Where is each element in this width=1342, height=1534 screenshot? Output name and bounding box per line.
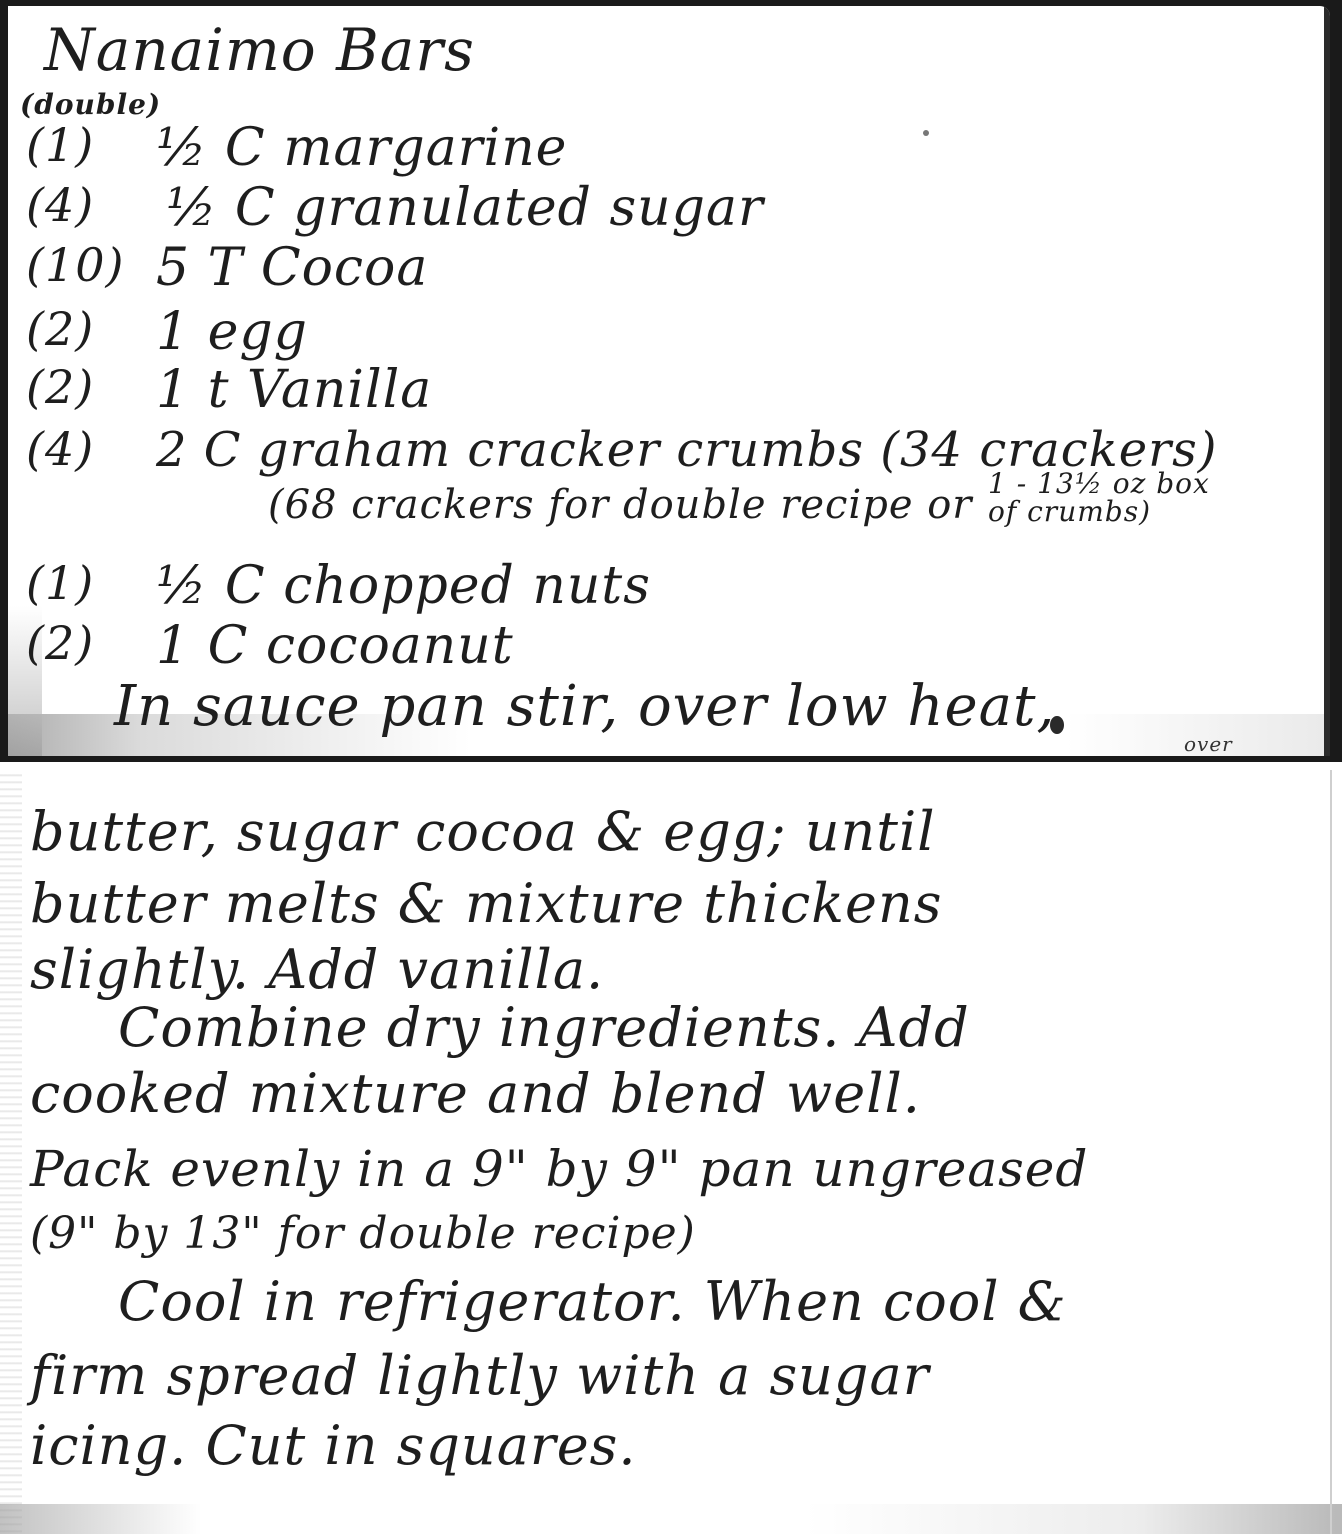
method-line: Pack evenly in a 9" by 9" pan ungreased xyxy=(30,1140,1088,1198)
method-line: butter melts & mixture thickens xyxy=(30,872,942,935)
double-quantity: (4) xyxy=(26,422,94,476)
double-quantity: (4) xyxy=(26,178,94,232)
double-quantity: (2) xyxy=(26,302,94,356)
ingredient-text: 5 T Cocoa xyxy=(156,238,428,298)
scan-shadow xyxy=(0,1504,1342,1534)
method-line: icing. Cut in squares. xyxy=(30,1414,637,1477)
ingredient-text: ½ C margarine xyxy=(156,118,567,178)
method-line: firm spread lightly with a sugar xyxy=(30,1344,930,1407)
double-quantity: (1) xyxy=(26,556,94,610)
recipe-card-front: Nanaimo Bars (double) (1) ½ C margarine … xyxy=(0,0,1342,762)
ingredient-text: ½ C granulated sugar xyxy=(166,178,764,238)
continued-over-marker: over xyxy=(1184,732,1233,756)
double-quantity: (10) xyxy=(26,238,124,292)
method-line: cooked mixture and blend well. xyxy=(30,1062,921,1125)
ingredient-text: 1 egg xyxy=(156,302,308,362)
ingredient-text: 1 C cocoanut xyxy=(156,616,514,676)
graham-box-note-line: 1 - 13½ oz box xyxy=(988,470,1210,498)
method-line: butter, sugar cocoa & egg; until xyxy=(30,800,936,863)
method-line: (9" by 13" for double recipe) xyxy=(30,1208,696,1259)
recipe-card-front-surface: Nanaimo Bars (double) (1) ½ C margarine … xyxy=(8,6,1330,756)
method-line: slightly. Add vanilla. xyxy=(30,938,604,1001)
ink-dot xyxy=(923,130,929,136)
graham-box-note-line: of crumbs) xyxy=(988,498,1210,526)
recipe-card-back: butter, sugar cocoa & egg; until butter … xyxy=(0,770,1342,1534)
card-edge xyxy=(1324,6,1330,756)
double-quantity: (2) xyxy=(26,360,94,414)
scan-noise xyxy=(0,770,22,1534)
method-first-line: In sauce pan stir, over low heat, xyxy=(114,674,1055,739)
double-quantity: (2) xyxy=(26,616,94,670)
graham-substitution-note: (68 crackers for double recipe or xyxy=(268,482,972,528)
card-edge xyxy=(1330,770,1332,1534)
ingredient-text: 1 t Vanilla xyxy=(156,360,432,420)
double-recipe-note: (double) xyxy=(20,88,161,121)
ingredient-text: ½ C chopped nuts xyxy=(156,556,651,616)
ink-stain xyxy=(1050,716,1064,734)
method-line: Cool in refrigerator. When cool & xyxy=(118,1270,1067,1333)
recipe-title: Nanaimo Bars xyxy=(44,16,475,84)
graham-box-note: 1 - 13½ oz box of crumbs) xyxy=(988,470,1210,526)
double-quantity: (1) xyxy=(26,118,94,172)
method-line: Combine dry ingredients. Add xyxy=(118,996,970,1059)
